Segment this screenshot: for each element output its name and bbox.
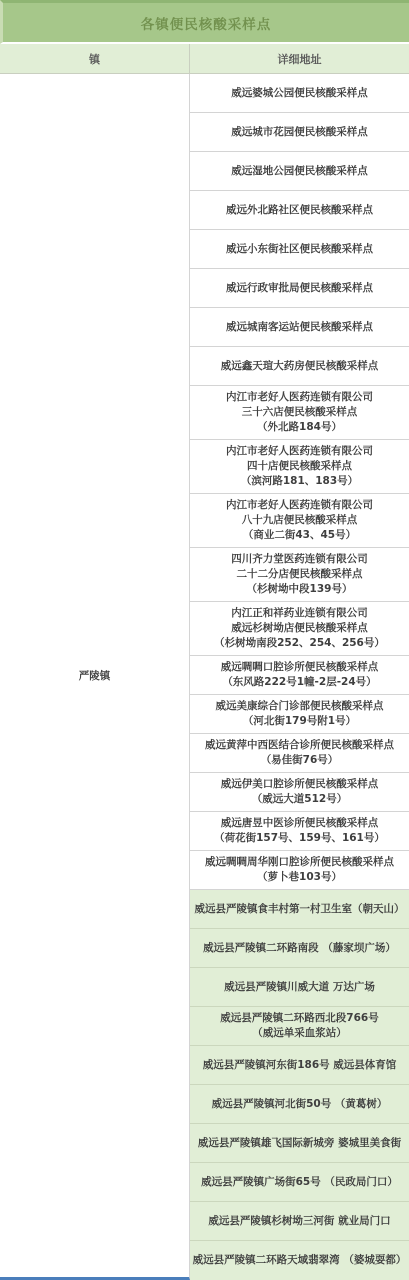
address-row: 威远城市花园便民核酸采样点 [190,113,409,152]
address-row: 威远伊美口腔诊所便民核酸采样点（威远大道512号） [190,773,409,812]
address-line: 二十二分店便民核酸采样点 [237,567,363,582]
address-row: 内江市老好人医药连锁有限公司三十六店便民核酸采样点（外北路184号） [190,386,409,440]
address-line: 四十店便民核酸采样点 [247,459,352,474]
address-line: 内江市老好人医药连锁有限公司 [226,498,373,513]
address-row: 威远县严陵镇食丰村第一村卫生室（朝天山） [190,890,409,929]
address-row: 内江正和祥药业连锁有限公司威远杉树坳店便民核酸采样点（杉树坳南段252、254、… [190,602,409,656]
address-row: 威远县严陵镇二环路西北段766号（威远单采血浆站） [190,1007,409,1046]
address-line: 威远啁啁口腔诊所便民核酸采样点 [221,660,379,675]
address-row: 威远湿地公园便民核酸采样点 [190,152,409,191]
address-line: （滨河路181、183号） [241,474,358,489]
address-rows: 威远婆城公园便民核酸采样点威远城市花园便民核酸采样点威远湿地公园便民核酸采样点威… [190,74,409,1280]
address-line: （河北街179号附1号） [243,714,356,729]
address-line: （外北路184号） [257,420,342,435]
address-line: 威远湿地公园便民核酸采样点 [231,164,368,179]
address-row: 威远外北路社区便民核酸采样点 [190,191,409,230]
address-line: 威远县严陵镇广场街65号 （民政局门口） [201,1175,398,1190]
address-line: （杉树坳中段139号） [247,582,353,597]
address-line: （威远大道512号） [252,792,347,807]
address-row: 威远县严陵镇雄飞国际新城旁 婆城里美食街 [190,1124,409,1163]
address-line: 威远县严陵镇二环路西北段766号 [220,1011,378,1026]
address-row: 威远啁啁周华刚口腔诊所便民核酸采样点（萝卜巷103号） [190,851,409,890]
address-line: 威远黄萍中西医结合诊所便民核酸采样点 [205,738,394,753]
header-cell-town: 镇 [0,44,190,73]
address-line: 内江正和祥药业连锁有限公司 [231,606,368,621]
address-row: 威远县严陵镇河北街50号 （黄葛树） [190,1085,409,1124]
address-row: 威远县严陵镇二环路天域翡翠湾 （婆城耍都） [190,1241,409,1280]
address-row: 威远黄萍中西医结合诊所便民核酸采样点（易佳街76号） [190,734,409,773]
address-line: 威远县严陵镇杉树坳三河街 就业局门口 [208,1214,390,1229]
address-row: 威远县严陵镇杉树坳三河街 就业局门口 [190,1202,409,1241]
address-line: 威远唐昱中医诊所便民核酸采样点 [221,816,379,831]
address-line: （萝卜巷103号） [257,870,342,885]
table-body: 严陵镇 威远婆城公园便民核酸采样点威远城市花园便民核酸采样点威远湿地公园便民核酸… [0,74,409,1280]
address-row: 威远县严陵镇广场街65号 （民政局门口） [190,1163,409,1202]
address-line: 威远外北路社区便民核酸采样点 [226,203,373,218]
address-row: 威远鑫天瑄大药房便民核酸采样点 [190,347,409,386]
address-line: （威远单采血浆站） [252,1026,347,1041]
address-line: 四川齐力堂医药连锁有限公司 [231,552,368,567]
address-row: 威远城南客运站便民核酸采样点 [190,308,409,347]
address-line: 八十九店便民核酸采样点 [242,513,358,528]
town-merged-cell: 严陵镇 [0,74,190,1280]
table-header-row: 镇 详细地址 [0,44,409,74]
address-row: 内江市老好人医药连锁有限公司四十店便民核酸采样点（滨河路181、183号） [190,440,409,494]
address-line: （杉树坳南段252、254、256号） [214,636,385,651]
address-line: 威远伊美口腔诊所便民核酸采样点 [221,777,379,792]
address-line: 威远县严陵镇二环路天域翡翠湾 （婆城耍都） [193,1253,407,1268]
address-line: 威远县严陵镇河东街186号 威远县体育馆 [203,1058,397,1073]
address-row: 威远县严陵镇二环路南段 （藤家坝广场） [190,929,409,968]
address-line: 威远县严陵镇雄飞国际新城旁 婆城里美食街 [198,1136,401,1151]
address-row: 威远小东街社区便民核酸采样点 [190,230,409,269]
address-row: 威远美康综合门诊部便民核酸采样点（河北街179号附1号） [190,695,409,734]
address-row: 威远啁啁口腔诊所便民核酸采样点（东风路222号1幢-2层-24号） [190,656,409,695]
address-line: 威远县严陵镇河北街50号 （黄葛树） [212,1097,388,1112]
address-row: 威远唐昱中医诊所便民核酸采样点（荷花街157号、159号、161号） [190,812,409,851]
address-row: 威远婆城公园便民核酸采样点 [190,74,409,113]
address-line: （商业二街43、45号） [243,528,356,543]
address-line: 威远城市花园便民核酸采样点 [231,125,368,140]
address-row: 内江市老好人医药连锁有限公司八十九店便民核酸采样点（商业二街43、45号） [190,494,409,548]
address-line: 威远婆城公园便民核酸采样点 [231,86,368,101]
address-line: 威远美康综合门诊部便民核酸采样点 [216,699,384,714]
sampling-points-table: 各镇便民核酸采样点 镇 详细地址 严陵镇 威远婆城公园便民核酸采样点威远城市花园… [0,0,409,1280]
header-cell-address: 详细地址 [190,44,409,73]
address-line: 威远鑫天瑄大药房便民核酸采样点 [221,359,379,374]
address-line: （易佳街76号） [261,753,339,768]
address-line: （荷花街157号、159号、161号） [214,831,385,846]
address-row: 四川齐力堂医药连锁有限公司二十二分店便民核酸采样点（杉树坳中段139号） [190,548,409,602]
address-line: 威远县严陵镇食丰村第一村卫生室（朝天山） [195,902,405,917]
address-line: 威远行政审批局便民核酸采样点 [226,281,373,296]
address-row: 威远县严陵镇河东街186号 威远县体育馆 [190,1046,409,1085]
address-line: 威远小东街社区便民核酸采样点 [226,242,373,257]
address-line: 威远啁啁周华刚口腔诊所便民核酸采样点 [205,855,394,870]
address-row: 威远县严陵镇川威大道 万达广场 [190,968,409,1007]
address-row: 威远行政审批局便民核酸采样点 [190,269,409,308]
address-line: 内江市老好人医药连锁有限公司 [226,390,373,405]
table-title: 各镇便民核酸采样点 [0,0,409,44]
address-line: 威远杉树坳店便民核酸采样点 [231,621,368,636]
address-line: 三十六店便民核酸采样点 [242,405,358,420]
address-line: 威远城南客运站便民核酸采样点 [226,320,373,335]
address-line: 威远县严陵镇川威大道 万达广场 [224,980,375,995]
address-line: 威远县严陵镇二环路南段 （藤家坝广场） [203,941,396,956]
address-line: 内江市老好人医药连锁有限公司 [226,444,373,459]
address-line: （东风路222号1幢-2层-24号） [222,675,376,690]
